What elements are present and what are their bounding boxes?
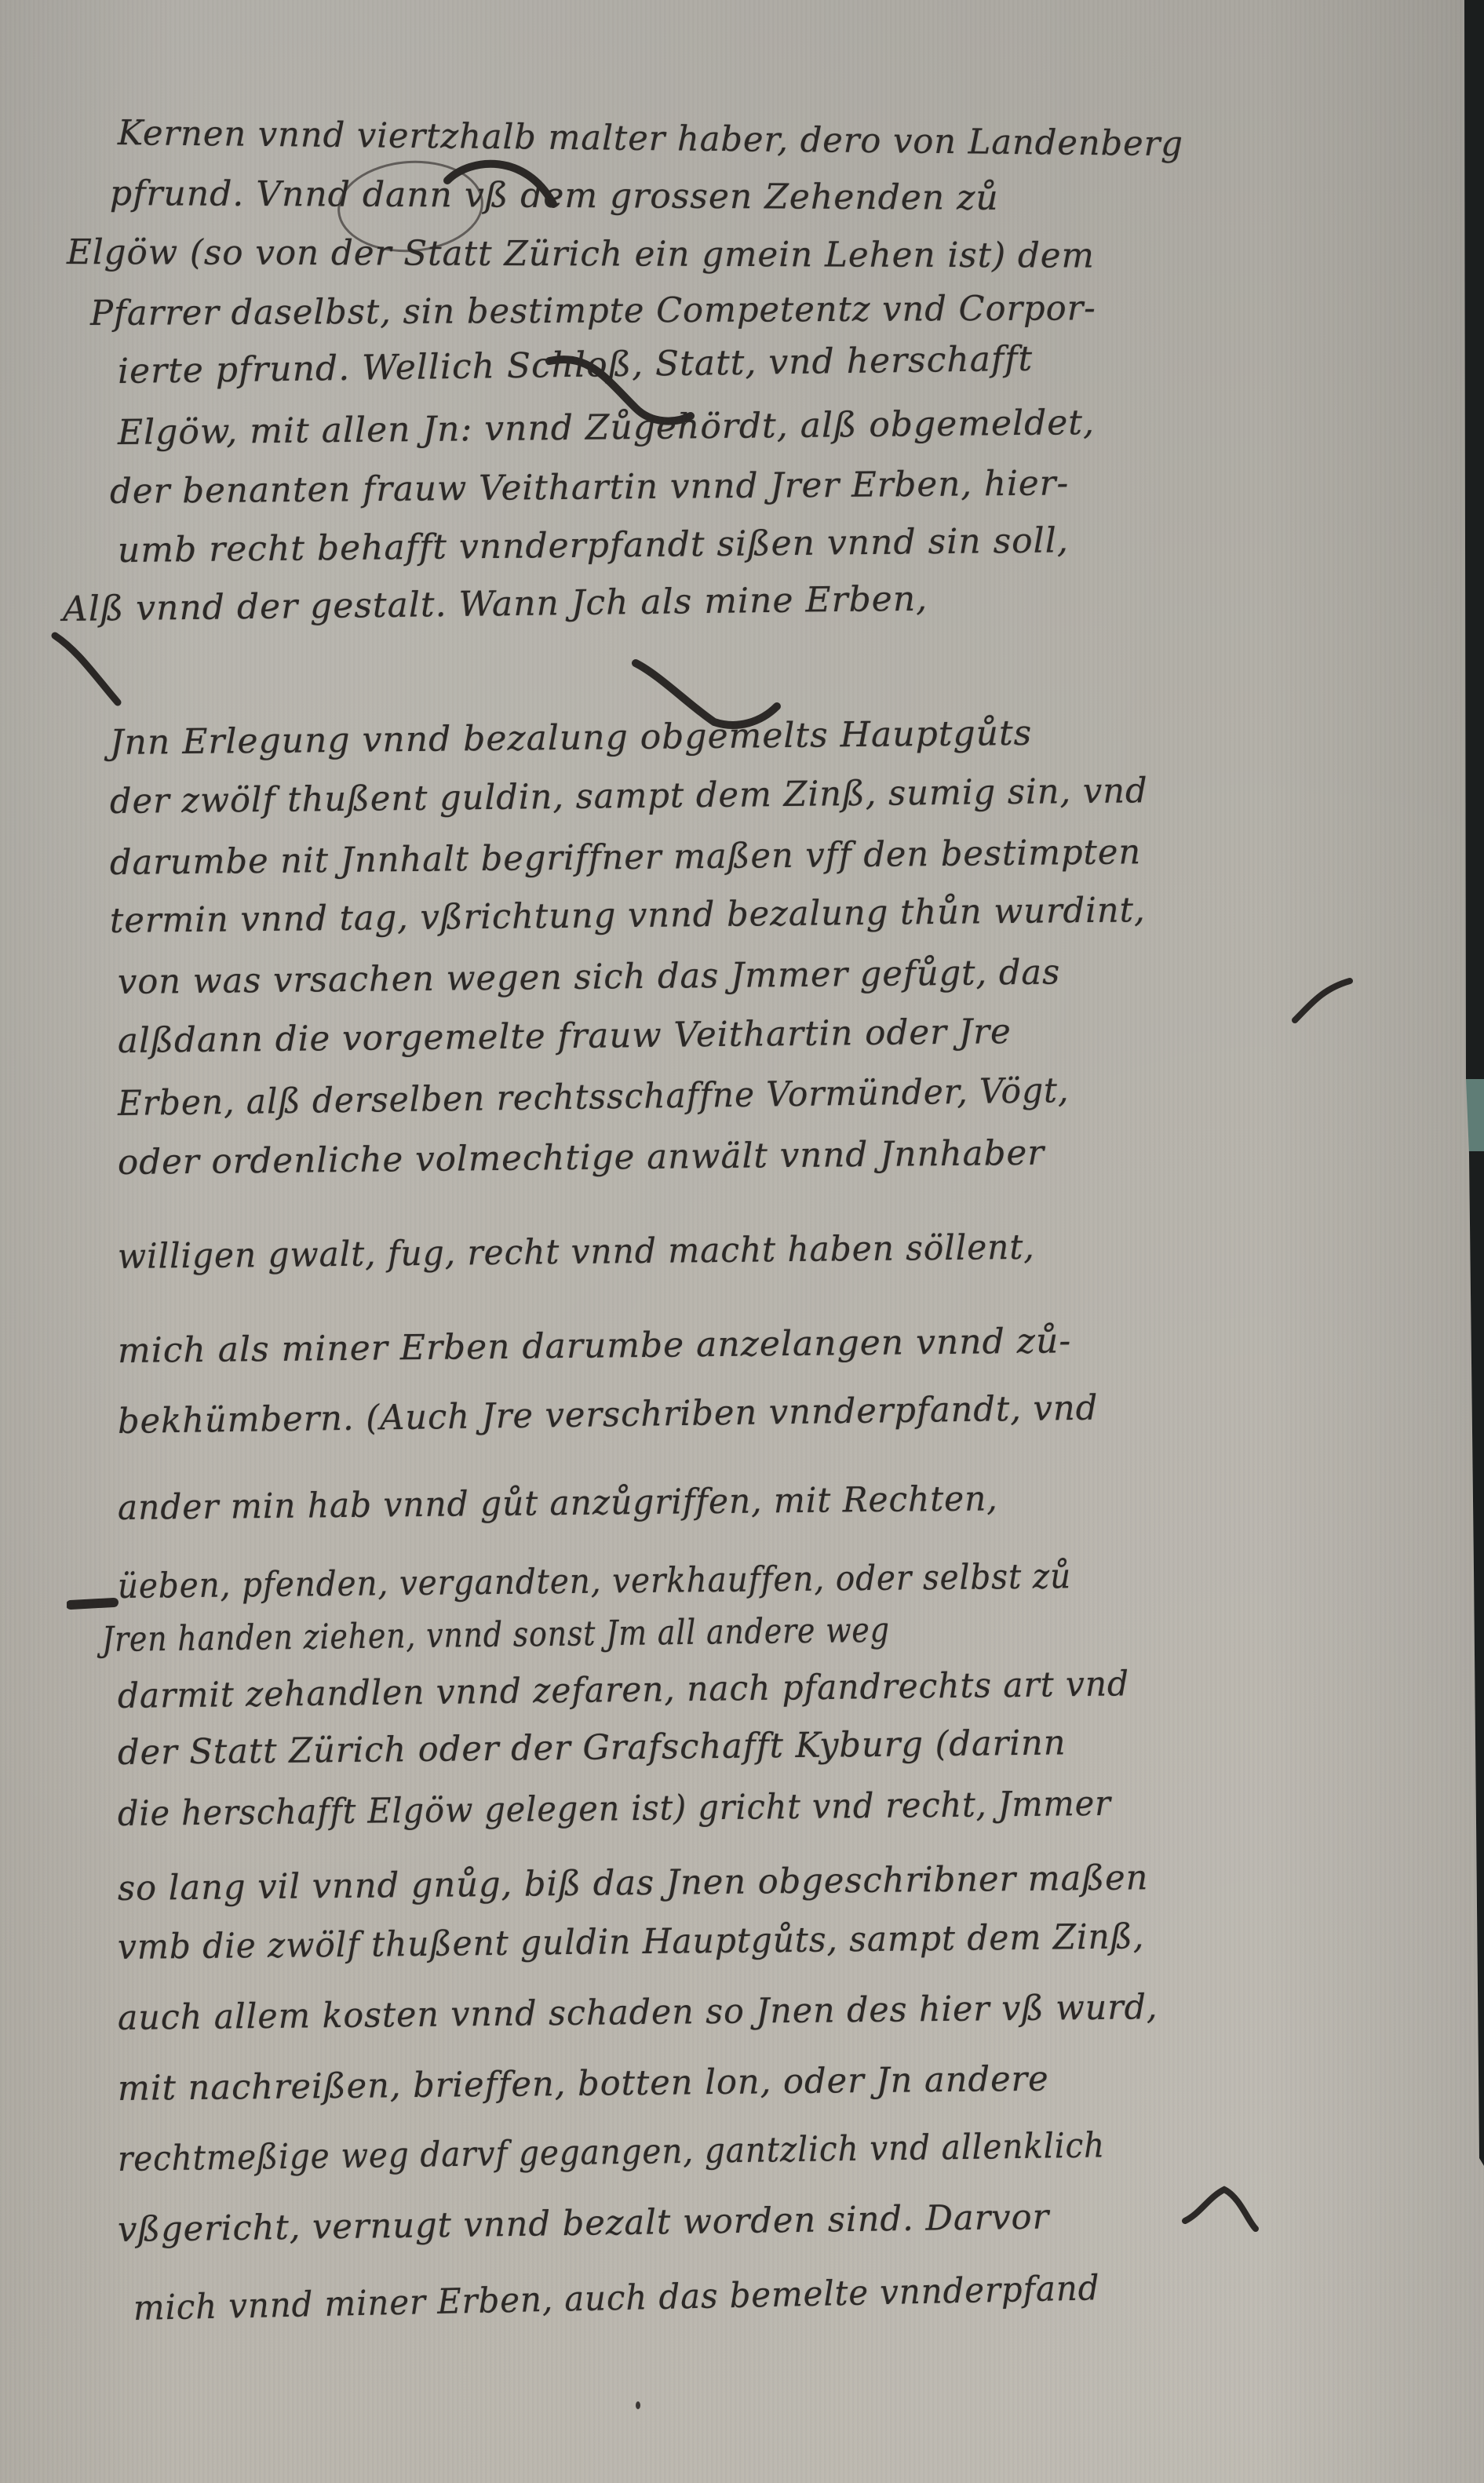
manuscript-text-block: Kernen vnnd viertzhalb malter haber, der… <box>0 0 1484 2483</box>
ink-speck <box>636 2401 640 2409</box>
manuscript-line: mich vnnd miner Erben, auch das bemelte … <box>133 2271 1100 2326</box>
manuscript-line: mit nachreißen, brieffen, botten lon, od… <box>118 2062 1049 2106</box>
manuscript-line: ander min hab vnnd gůt anzůgriffen, mit … <box>118 1482 998 1526</box>
paragraph-flourish-6 <box>1177 2182 1263 2244</box>
manuscript-page: Kernen vnnd viertzhalb malter haber, der… <box>0 0 1484 2483</box>
manuscript-line: der benanten frauw Veithartin vnnd Jrer … <box>110 466 1070 509</box>
paragraph-flourish-5 <box>1287 973 1358 1036</box>
manuscript-line: Kernen vnnd viertzhalb malter haber, der… <box>118 116 1183 162</box>
line-marker-dash <box>67 1593 122 1617</box>
paragraph-flourish-4 <box>47 628 141 714</box>
manuscript-line: auch allem kosten vnnd schaden so Jnen d… <box>118 1990 1158 2036</box>
manuscript-line: so lang vil vnnd gnůg, biß das Jnen obge… <box>118 1861 1149 1906</box>
manuscript-line: der Statt Zürich oder der Grafschafft Ky… <box>118 1726 1067 1770</box>
manuscript-line: pfrund. Vnnd dann vß dem grossen Zehende… <box>110 177 999 216</box>
manuscript-line: von was vrsachen wegen sich das Jmmer ge… <box>118 955 1061 1000</box>
manuscript-line: Jren handen ziehen, vnnd sonst Jm all an… <box>102 1613 890 1657</box>
manuscript-line: vßgericht, vernugt vnnd bezalt worden si… <box>118 2200 1050 2248</box>
manuscript-line: umb recht behafft vnnderpfandt sißen vnn… <box>118 523 1069 568</box>
manuscript-line: die herschafft Elgöw gelegen ist) gricht… <box>118 1787 1111 1832</box>
manuscript-line: termin vnnd tag, vßrichtung vnnd bezalun… <box>110 893 1146 939</box>
manuscript-line: darumbe nit Jnnhalt begriffner maßen vff… <box>110 835 1142 881</box>
manuscript-viewport: Kernen vnnd viertzhalb malter haber, der… <box>0 0 1484 2483</box>
manuscript-line: oder ordenliche volmechtige anwält vnnd … <box>118 1136 1045 1180</box>
manuscript-line: rechtmeßige weg darvf gegangen, gantzlic… <box>118 2128 1106 2177</box>
manuscript-line: Jnn Erlegung vnnd bezalung obgemelts Hau… <box>110 716 1033 760</box>
manuscript-line: mich als miner Erben darumbe anzelangen … <box>118 1324 1072 1369</box>
manuscript-line: willigen gwalt, fug, recht vnnd macht ha… <box>118 1231 1035 1274</box>
manuscript-line: Alß vnnd der gestalt. Wann Jch als mine … <box>63 582 928 627</box>
manuscript-line: Pfarrer daselbst, sin bestimpte Competen… <box>90 291 1096 331</box>
manuscript-line: der zwölf thußent guldin, sampt dem Zinß… <box>110 774 1148 819</box>
manuscript-line: Elgöw (so von der Statt Zürich ein gmein… <box>67 235 1095 274</box>
manuscript-line: Erben, alß derselben rechtsschaffne Vorm… <box>118 1074 1070 1121</box>
manuscript-line: ierte pfrund. Wellich Schloß, Statt, vnd… <box>118 342 1034 389</box>
manuscript-line: üeben, pfenden, vergandten, verkhauffen,… <box>118 1559 1072 1604</box>
manuscript-line: Elgöw, mit allen Jn: vnnd Zůgehördt, alß… <box>118 406 1095 450</box>
manuscript-line: alßdann die vorgemelte frauw Veithartin … <box>118 1015 1012 1059</box>
manuscript-line: vmb die zwölf thußent guldin Hauptgůts, … <box>118 1920 1145 1965</box>
manuscript-line: darmit zehandlen vnnd zefaren, nach pfan… <box>118 1667 1129 1714</box>
manuscript-line: bekhümbern. (Auch Jre verschriben vnnder… <box>118 1391 1099 1439</box>
